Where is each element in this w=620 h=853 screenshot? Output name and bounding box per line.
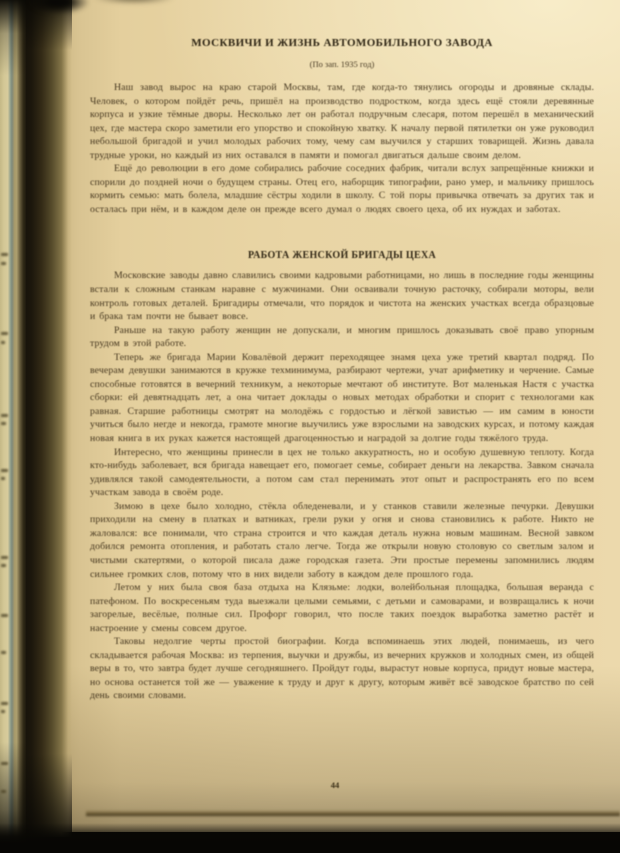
prev-page-text-fragment	[1, 651, 6, 654]
paragraph: Летом у них была своя база отдыха на Кля…	[90, 581, 594, 635]
prev-page-text-fragment	[1, 414, 8, 417]
top-edge-shadow	[90, 0, 200, 8]
prev-page-text-fragment	[1, 341, 5, 344]
paragraph: Зимою в цехе было холодно, стёкла обледе…	[90, 500, 594, 581]
previous-page-edge	[0, 0, 26, 843]
paragraph: Теперь же бригада Марии Ковалёвой держит…	[90, 351, 594, 446]
prev-page-text-fragment	[1, 710, 5, 713]
prev-page-text-fragment	[1, 253, 8, 256]
page-bottom-edge-shadow	[86, 810, 620, 816]
prev-page-text-fragment	[1, 702, 8, 705]
prev-page-text-fragment	[1, 469, 8, 472]
prev-page-text-fragment	[1, 332, 8, 335]
prev-page-text-fragment	[1, 564, 6, 567]
prev-page-text-fragment	[1, 556, 8, 559]
chapter-title: МОСКВИЧИ И ЖИЗНЬ АВТОМОБИЛЬНОГО ЗАВОДА	[90, 36, 594, 50]
book-page: МОСКВИЧИ И ЖИЗНЬ АВТОМОБИЛЬНОГО ЗАВОДА (…	[26, 0, 620, 832]
prev-page-text-fragment	[1, 614, 8, 617]
page-content: МОСКВИЧИ И ЖИЗНЬ АВТОМОБИЛЬНОГО ЗАВОДА (…	[90, 36, 594, 832]
page-number: 44	[90, 780, 580, 790]
book-gutter-shadow	[24, 0, 72, 837]
prev-page-text-fragment	[1, 762, 8, 765]
prev-page-text-fragment	[1, 262, 6, 265]
book-scan: МОСКВИЧИ И ЖИЗНЬ АВТОМОБИЛЬНОГО ЗАВОДА (…	[0, 0, 620, 853]
paragraph: Раньше на такую работу женщин не допуска…	[90, 324, 594, 351]
prev-page-text-fragment	[1, 477, 5, 480]
paragraph: Таковы недолгие черты простой биографии.…	[90, 635, 594, 703]
chapter-subtitle: (По зап. 1935 год)	[90, 59, 594, 69]
paragraph: Интересно, что женщины принесли в цех не…	[90, 446, 594, 500]
prev-page-text-fragment	[1, 422, 6, 425]
paragraph: Московские заводы давно славились своими…	[90, 269, 594, 323]
prev-page-text-fragment	[1, 790, 6, 793]
book-bottom-edge	[0, 823, 620, 853]
paragraph: Наш завод вырос на краю старой Москвы, т…	[90, 81, 594, 162]
section-heading: РАБОТА ЖЕНСКОЙ БРИГАДЫ ЦЕХА	[90, 249, 594, 262]
paragraph: Ещё до революции в его доме собирались р…	[90, 162, 594, 216]
